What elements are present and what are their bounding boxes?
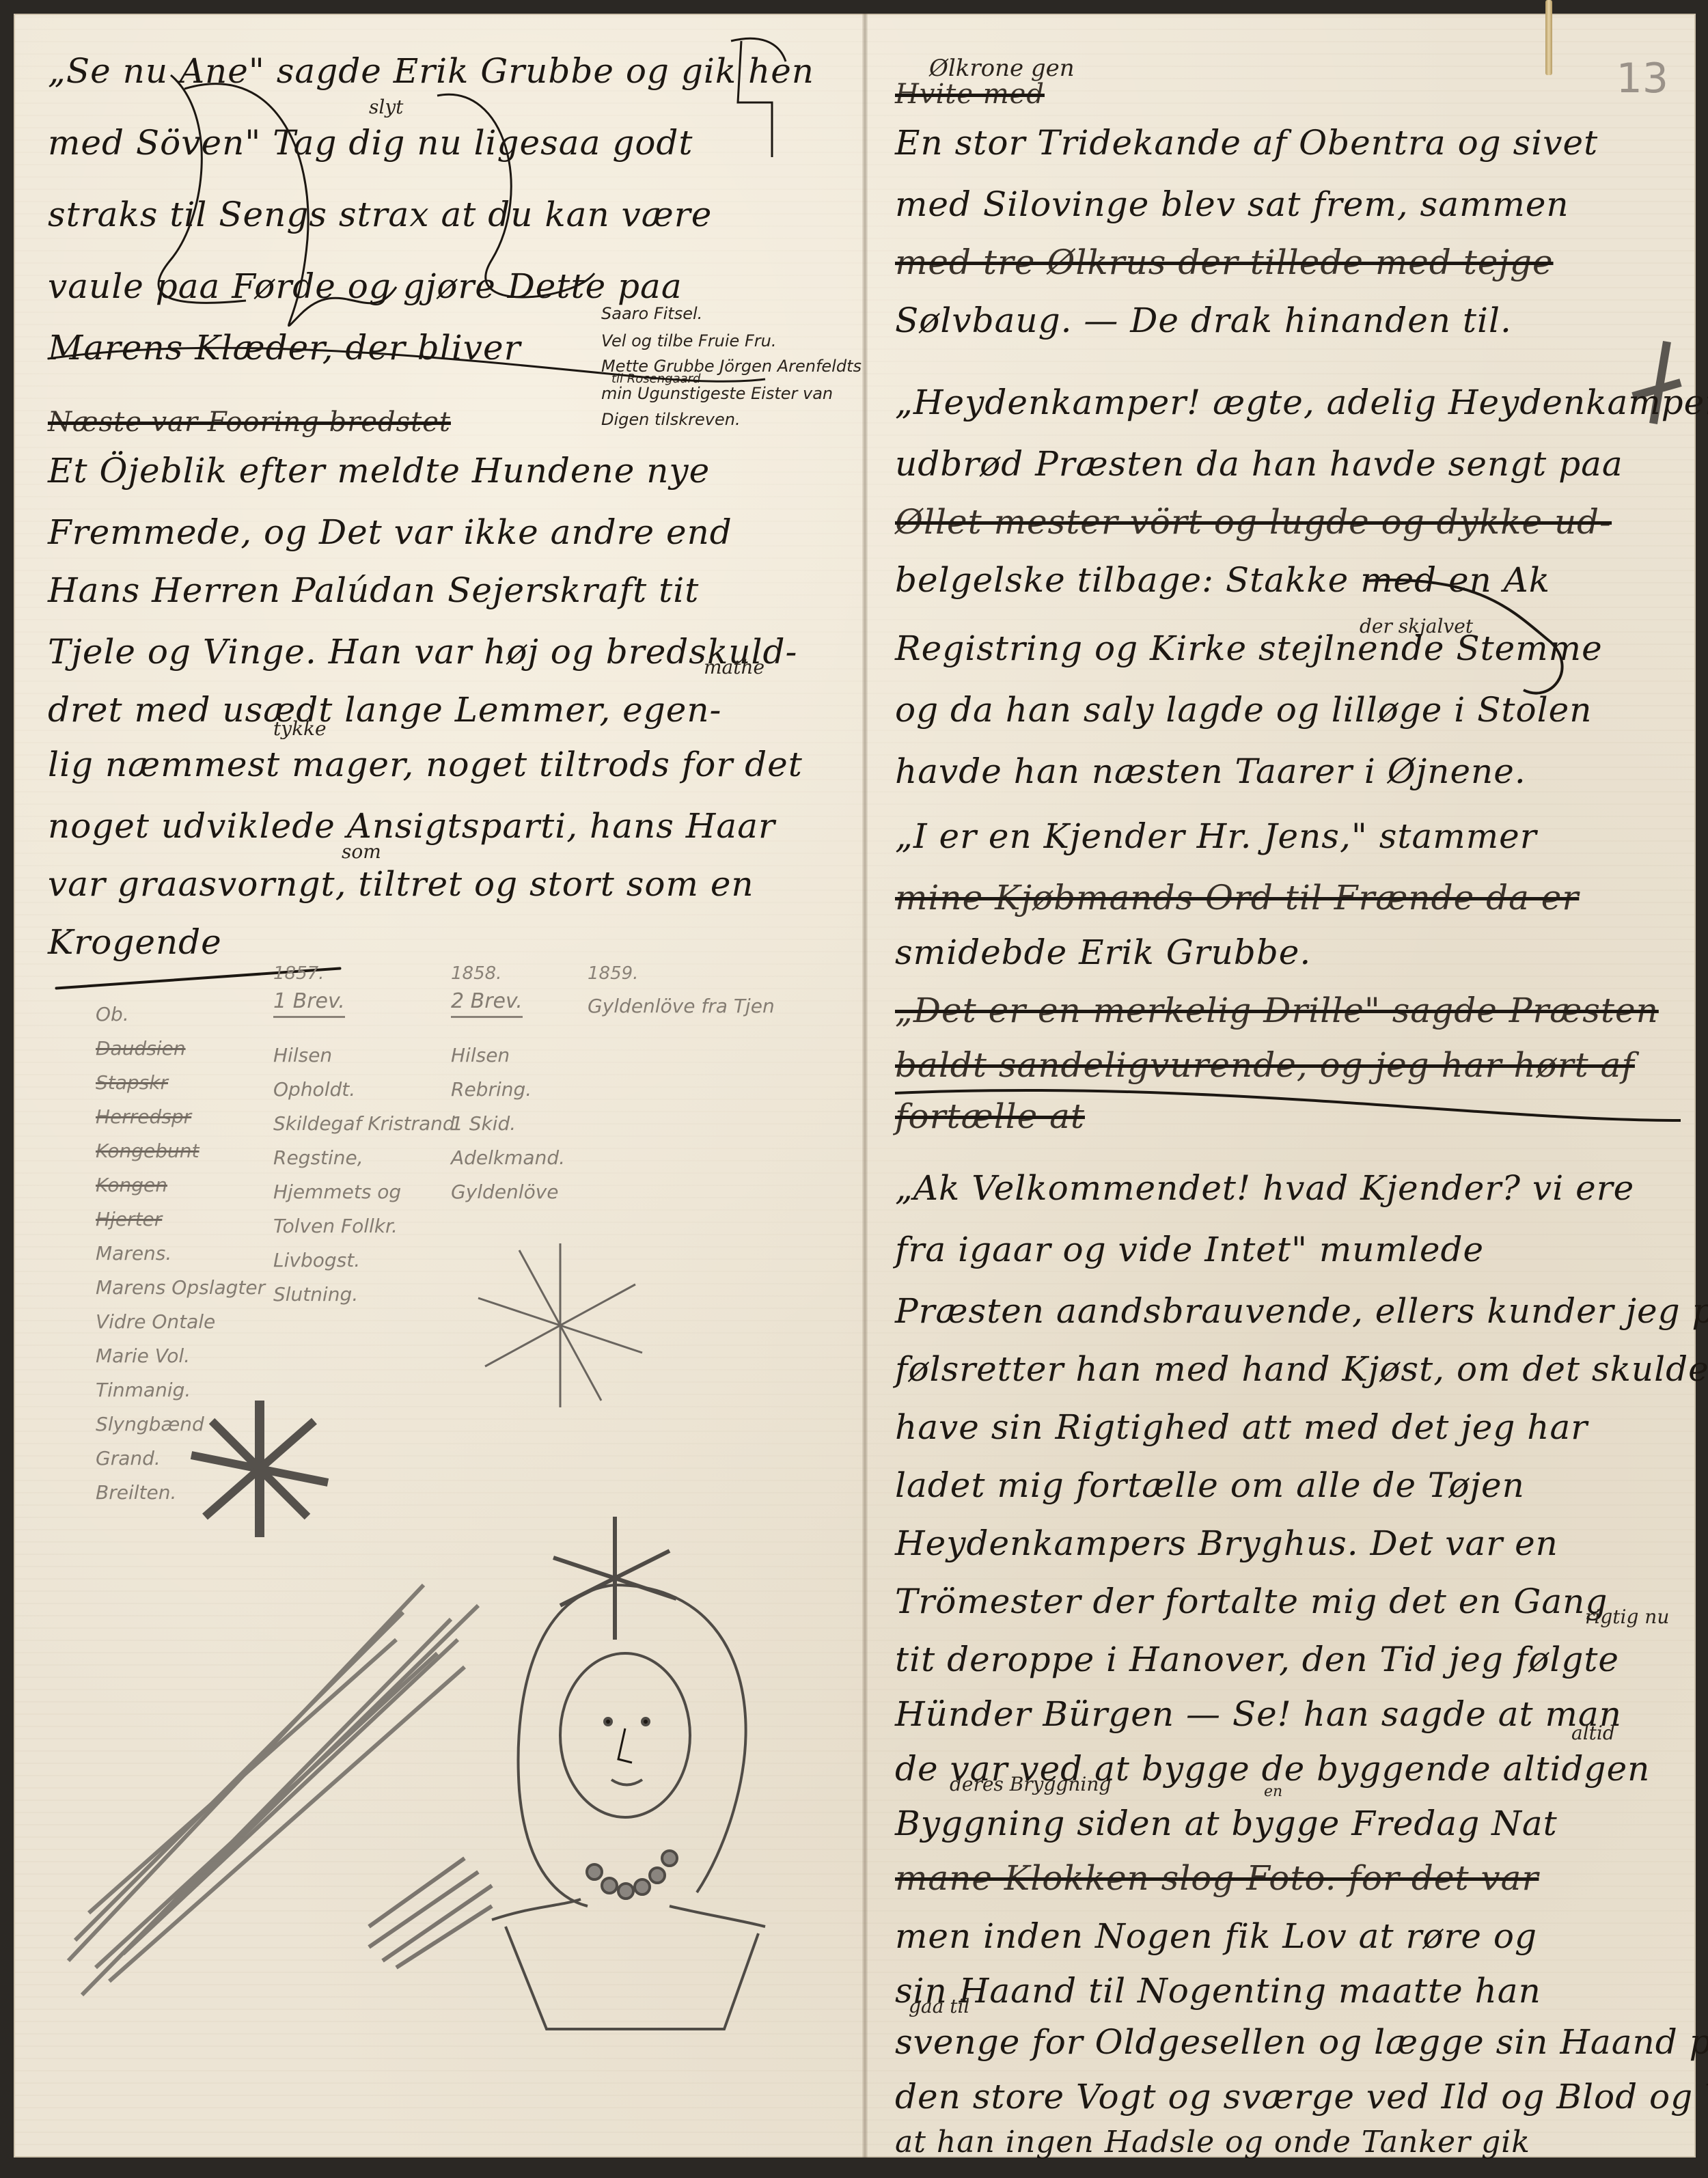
insertion: rigtig nu xyxy=(1585,1605,1669,1628)
manuscript-line: og da han saly lagde og lilløge i Stolen xyxy=(895,690,1592,730)
manuscript-line: Registring og Kirke stejlnende Stemme xyxy=(895,629,1603,668)
manuscript-line: men inden Nogen fik Lov at røre og xyxy=(895,1916,1537,1956)
pencil-hatching-large xyxy=(68,1585,478,1995)
underline-stroke xyxy=(48,348,765,381)
loop-stroke xyxy=(437,94,594,297)
manuscript-line: belgelske tilbage: Stakke med en Ak xyxy=(895,560,1550,600)
manuscript-line: mane Klokken slog Foto. for det var xyxy=(895,1858,1539,1898)
loop-stroke xyxy=(159,75,246,303)
manuscript-line: Hünder Bürgen — Se! han sagde at man xyxy=(895,1694,1622,1734)
manuscript-line: svenge for Oldgesellen og lægge sin Haan… xyxy=(895,2022,1708,2062)
deleted-text: Hvite med xyxy=(895,79,1045,110)
manuscript-line: baldt sandeligvurende, og jeg har hørt a… xyxy=(895,1045,1635,1085)
manuscript-line: med Silovinge blev sat frem, sammen xyxy=(895,184,1569,224)
page-fold xyxy=(862,14,868,2158)
manuscript-line: Byggning siden at bygge Fredag Nat xyxy=(895,1804,1558,1843)
manuscript-line: ladet mig fortælle om alle de Tøjen xyxy=(895,1465,1525,1505)
snowflake-outline xyxy=(478,1243,642,1407)
manuscript-line: have sin Rigtighed att med det jeg har xyxy=(895,1407,1588,1447)
manuscript-line: udbrød Præsten da han havde sengt paa xyxy=(895,444,1623,484)
loop-stroke xyxy=(184,84,396,326)
left-page: „Se nu Ane" sagde Erik Grubbe og gik hen… xyxy=(14,14,862,2158)
manuscript-line: havde han næsten Taarer i Øjnene. xyxy=(895,752,1526,791)
manuscript-line: fortælle at xyxy=(895,1097,1085,1136)
manuscript-line: fra igaar og vide Intet" mumlede xyxy=(895,1230,1484,1269)
manuscript-line: at han ingen Hadsle og onde Tanker gik xyxy=(895,2125,1530,2160)
manuscript-line: smidebde Erik Grubbe. xyxy=(895,933,1311,972)
insertion: Ølkrone gen xyxy=(929,55,1075,82)
right-page: 13 Ølkrone gen Hvite med En stor Trideka… xyxy=(868,14,1696,2158)
manuscript-line: Øllet mester vört og lugde og dykke ud- xyxy=(895,502,1612,542)
insertion: gaa til xyxy=(909,1995,969,2017)
manuscript-line: „Det er en merkelig Drille" sagde Præste… xyxy=(895,991,1659,1030)
manuscript-line: med tre Ølkrus der tillede med tejge xyxy=(895,243,1554,282)
manuscript-line: „Ak Velkommendet! hvad Kjender? vi ere xyxy=(895,1168,1634,1208)
manuscript-line: „I er en Kjender Hr. Jens," stammer xyxy=(895,816,1537,856)
snowflake-on-head xyxy=(553,1517,676,1640)
portrait-woman-with-bead-necklace xyxy=(492,1585,765,2029)
insertion: deres Bryggning xyxy=(950,1773,1111,1795)
manuscript-line: tit deroppe i Hanover, den Tid jeg følgt… xyxy=(895,1640,1619,1679)
snowflake-shaded xyxy=(191,1401,328,1537)
manuscript-line: En stor Tridekande af Obentra og sivet xyxy=(895,123,1598,163)
manuscript-line: Præsten aandsbrauvende, ellers kunder je… xyxy=(895,1291,1708,1331)
manuscript-line: Sølvbaug. — De drak hinanden til. xyxy=(895,301,1512,340)
sketches xyxy=(14,14,862,2158)
manuscript-line: sin Haand til Nogenting maatte han xyxy=(895,1971,1541,2011)
manuscript-line: følsretter han med hand Kjøst, om det sk… xyxy=(895,1349,1708,1389)
bell-sketch xyxy=(731,38,786,157)
manuscript-line: den store Vogt og sværge ved Ild og Blod… xyxy=(895,2077,1708,2117)
insertion: altid xyxy=(1571,1722,1615,1744)
insertion: en xyxy=(1264,1783,1282,1800)
manuscript-line: „Heydenkamper! ægte, adelig Heydenkamper… xyxy=(895,383,1708,422)
manuscript-line: Heydenkampers Bryghus. Det var en xyxy=(895,1524,1558,1563)
manuscript-line: mine Kjøbmands Ord til Frænde da er xyxy=(895,878,1579,918)
manuscript-line: Trömester der fortalte mig det en Gang xyxy=(895,1582,1608,1621)
pencil-hatching-small xyxy=(369,1858,492,1968)
